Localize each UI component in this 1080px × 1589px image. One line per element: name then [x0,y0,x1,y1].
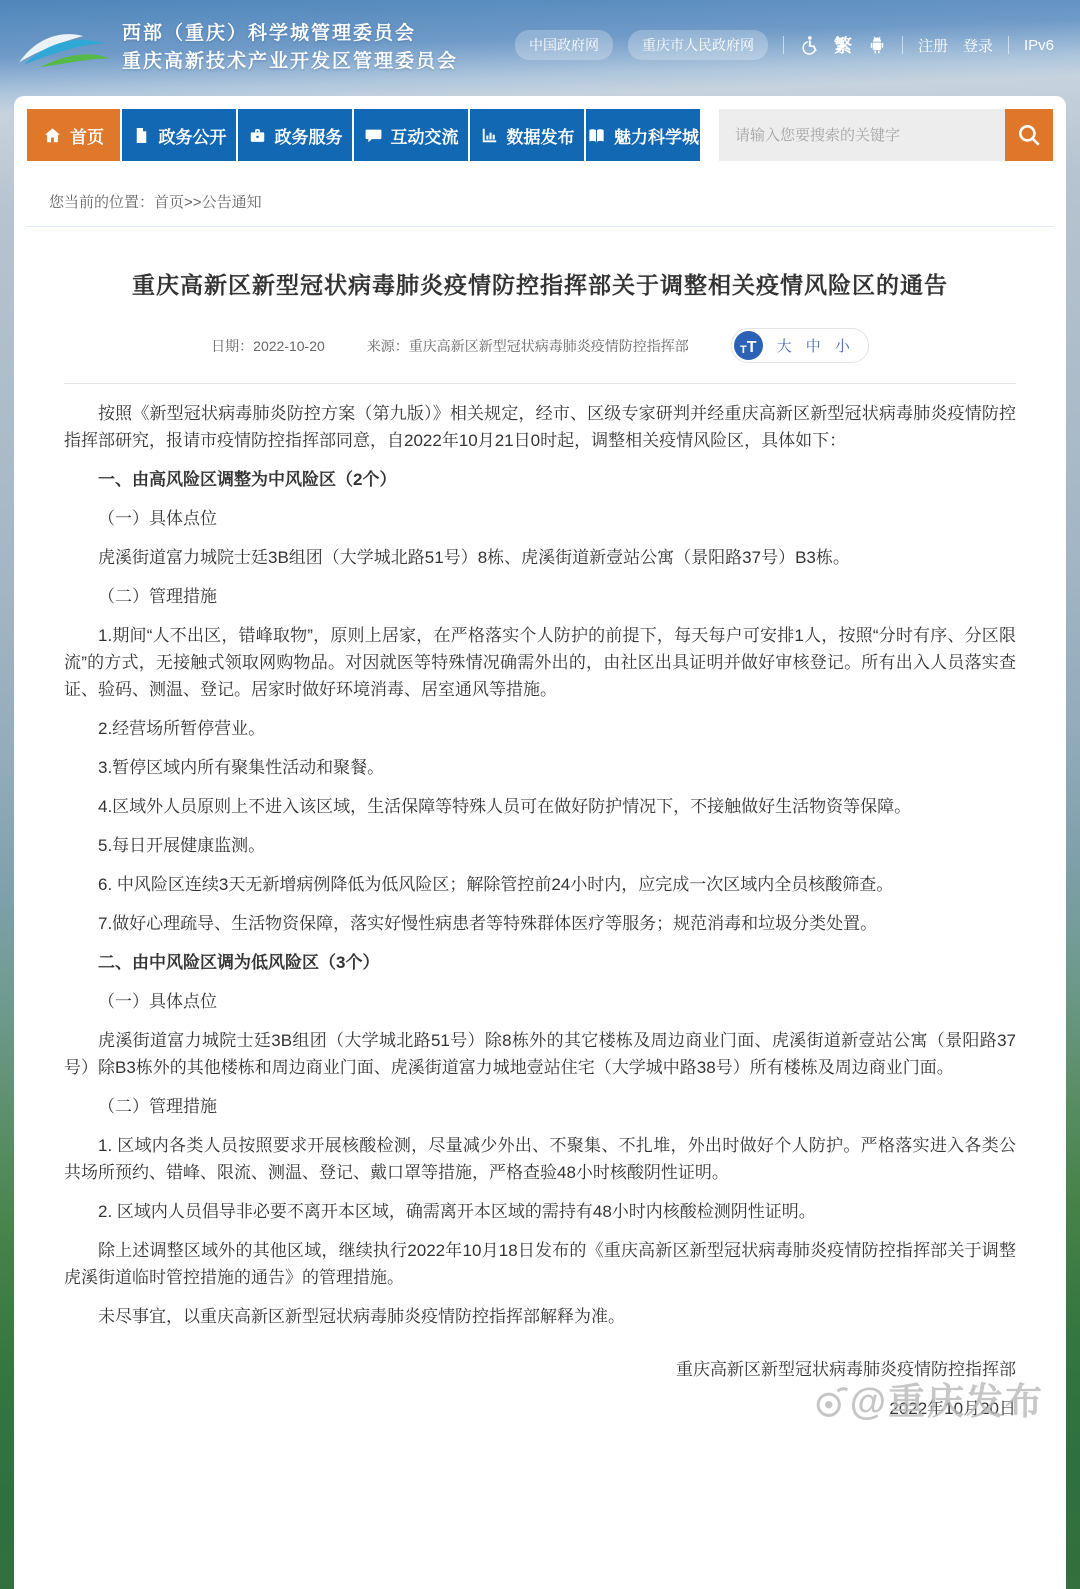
article-paragraph: （二）管理措施 [64,1093,1016,1120]
nav-tab-label: 首页 [70,123,104,148]
article-paragraph: 虎溪街道富力城院士廷3B组团（大学城北路51号）8栋、虎溪街道新壹站公寓（景阳路… [64,544,1016,571]
nav-tab-label: 政务服务 [275,123,343,148]
article-paragraph: 除上述调整区域外的其他区域，继续执行2022年10月18日发布的《重庆高新区新型… [64,1237,1016,1291]
org-name-line1: 西部（重庆）科学城管理委员会 [122,20,458,49]
book-icon [587,126,606,145]
article-paragraph: （一）具体点位 [64,505,1016,532]
site-header: 西部（重庆）科学城管理委员会 重庆高新技术产业开发区管理委员会 中国政府网 重庆… [0,0,1080,96]
font-size-widget: TT 大 中 小 [731,328,869,363]
article-paragraph: 虎溪街道富力城院士廷3B组团（大学城北路51号）除8栋外的其它楼栋及周边商业门面… [64,1027,1016,1081]
site-search [719,109,1053,161]
article-footer: 重庆高新区新型冠状病毒肺炎疫情防控指挥部 2022年10月20日 @重庆发布 [64,1356,1016,1422]
main-container: 首页政务公开政务服务互动交流数据发布魅力科学城 您当前的位置：首页>>公告通知 … [14,96,1066,1589]
nav-tab-3[interactable]: 互动交流 [354,109,470,161]
accessibility-button[interactable] [799,35,819,55]
mobile-app-button[interactable] [867,35,887,55]
signature-date: 2022年10月20日 @重庆发布 [64,1395,1016,1422]
article-paragraph: 5.每日开展健康监测。 [64,832,1016,859]
section-heading: 一、由高风险区调整为中风险区（2个） [64,466,1016,493]
briefcase-icon [248,126,267,145]
document-icon [132,126,151,145]
article-paragraph: 按照《新型冠状病毒肺炎防控方案（第九版）》相关规定，经市、区级专家研判并经重庆高… [64,400,1016,454]
section-heading: 二、由中风险区调为低风险区（3个） [64,949,1016,976]
science-city-logo-icon [16,20,112,76]
article-paragraph: 7.做好心理疏导、生活物资保障，落实好慢性病患者等特殊群体医疗等服务；规范消毒和… [64,910,1016,937]
article-paragraph: 2.经营场所暂停营业。 [64,715,1016,742]
signature: 重庆高新区新型冠状病毒肺炎疫情防控指挥部 [64,1356,1016,1383]
nav-tab-label: 魅力科学城 [614,123,699,148]
header-toolbar: 中国政府网 重庆市人民政府网 繁 注册 登录 IPv6 [515,30,1054,60]
article-paragraph: 3.暂停区域内所有聚集性活动和聚餐。 [64,754,1016,781]
org-name-line2: 重庆高新技术产业开发区管理委员会 [122,48,458,77]
meta-divider [64,383,1016,384]
article-paragraph: 未尽事宜，以重庆高新区新型冠状病毒肺炎疫情防控指挥部解释为准。 [64,1303,1016,1330]
android-icon [867,35,887,55]
traditional-chinese-button[interactable]: 繁 [834,32,852,58]
breadcrumb-separator: >> [184,194,202,211]
breadcrumb: 您当前的位置：首页>>公告通知 [27,191,1053,227]
article-paragraph: 1. 区域内各类人员按照要求开展核酸检测，尽量减少外出、不聚集、不扎堆，外出时做… [64,1132,1016,1186]
nav-tab-0[interactable]: 首页 [27,109,122,161]
main-nav: 首页政务公开政务服务互动交流数据发布魅力科学城 [27,109,1053,161]
article-title: 重庆高新区新型冠状病毒肺炎疫情防控指挥部关于调整相关疫情风险区的通告 [64,267,1016,300]
breadcrumb-label: 您当前的位置： [49,194,154,211]
nav-tab-label: 互动交流 [391,123,459,148]
weibo-eye-icon [810,1381,850,1421]
wheelchair-icon [799,35,819,55]
article-meta: 日期：2022-10-20 来源：重庆高新区新型冠状病毒肺炎疫情防控指挥部 TT… [64,328,1016,363]
article-paragraph: 4.区域外人员原则上不进入该区域，生活保障等特殊人员可在做好防护情况下，不接触做… [64,793,1016,820]
font-size-medium-button[interactable]: 中 [806,335,821,356]
nav-tab-2[interactable]: 政务服务 [238,109,354,161]
divider [783,36,784,54]
divider [1008,36,1009,54]
nav-tab-label: 数据发布 [507,123,575,148]
article: 重庆高新区新型冠状病毒肺炎疫情防控指挥部关于调整相关疫情风险区的通告 日期：20… [27,267,1053,1422]
divider [902,36,903,54]
article-paragraph: （二）管理措施 [64,583,1016,610]
nav-tab-4[interactable]: 数据发布 [470,109,586,161]
login-link[interactable]: 登录 [963,35,993,56]
link-china-gov[interactable]: 中国政府网 [515,30,613,60]
font-size-large-button[interactable]: 大 [777,335,792,356]
nav-tab-5[interactable]: 魅力科学城 [586,109,702,161]
site-brand[interactable]: 西部（重庆）科学城管理委员会 重庆高新技术产业开发区管理委员会 [0,20,458,77]
article-paragraph: 2. 区域内人员倡导非必要不离开本区域，确需离开本区域的需持有48小时内核酸检测… [64,1198,1016,1225]
font-size-small-button[interactable]: 小 [835,335,850,356]
article-paragraph: 1.期间“人不出区，错峰取物”，原则上居家，在严格落实个人防护的前提下，每天每户… [64,622,1016,703]
home-icon [43,126,62,145]
search-button[interactable] [1005,109,1053,161]
breadcrumb-current-link[interactable]: 公告通知 [202,194,262,211]
article-date: 日期：2022-10-20 [211,336,325,356]
article-body: 按照《新型冠状病毒肺炎防控方案（第九版）》相关规定，经市、区级专家研判并经重庆高… [64,400,1016,1330]
breadcrumb-home-link[interactable]: 首页 [154,194,184,211]
ipv6-badge: IPv6 [1024,37,1054,54]
nav-tab-1[interactable]: 政务公开 [122,109,238,161]
search-icon [1016,122,1042,148]
chat-icon [364,126,383,145]
link-chongqing-gov[interactable]: 重庆市人民政府网 [628,30,768,60]
article-source: 来源：重庆高新区新型冠状病毒肺炎疫情防控指挥部 [367,336,689,356]
search-input[interactable] [719,109,1005,161]
nav-tab-label: 政务公开 [159,123,227,148]
register-link[interactable]: 注册 [918,35,948,56]
font-size-icon: TT [734,331,763,360]
article-paragraph: （一）具体点位 [64,988,1016,1015]
article-paragraph: 6. 中风险区连续3天无新增病例降低为低风险区；解除管控前24小时内，应完成一次… [64,871,1016,898]
chart-icon [480,126,499,145]
